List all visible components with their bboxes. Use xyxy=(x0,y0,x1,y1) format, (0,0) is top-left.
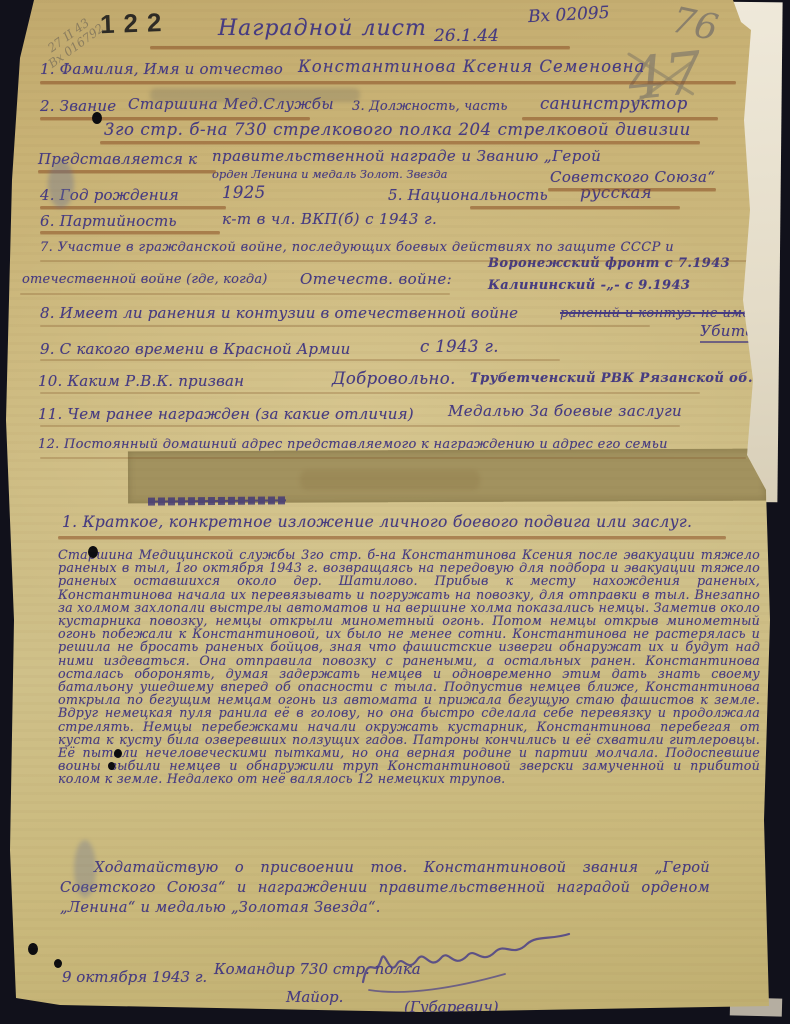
form-rule xyxy=(40,457,746,459)
ink-blot xyxy=(54,959,62,968)
document-title: Наградной лист xyxy=(218,16,427,41)
hole-punch xyxy=(88,546,98,558)
signature-scribble xyxy=(355,930,575,1005)
field11-value: Медалью За боевые заслуги xyxy=(448,402,682,420)
field4-value: 1925 xyxy=(222,183,266,202)
field6-value: к-т в чл. ВКП(б) с 1943 г. xyxy=(222,210,437,228)
field9-label: 9. С какого времени в Красной Армии xyxy=(40,340,351,358)
field7-front2: Калининский -„- с 9.1943 xyxy=(488,278,690,293)
hole-punch xyxy=(28,943,38,955)
field2-label: 2. Звание xyxy=(40,97,116,115)
form-rule xyxy=(40,260,752,262)
field5-value: русская xyxy=(580,183,652,202)
hole-punch xyxy=(92,112,102,124)
section1-heading: 1. Краткое, конкретное изложение личного… xyxy=(62,513,692,531)
page-number-stamp: 122 xyxy=(99,7,170,40)
form-rule xyxy=(40,117,310,120)
form-rule xyxy=(40,392,700,394)
stain xyxy=(300,470,480,490)
form-rule xyxy=(40,231,220,234)
field9-value: с 1943 г. xyxy=(420,337,499,356)
field7-label-line1: 7. Участие в гражданской войне, последую… xyxy=(40,240,674,255)
field7-label-line2: отечественной войне (где, когда) xyxy=(22,272,268,287)
field7-front1: Воронежский фронт с 7.1943 xyxy=(488,256,730,271)
title-date: 26.1.44 xyxy=(434,26,499,46)
field7-value: Отечеств. войне: xyxy=(300,270,452,288)
form-rule xyxy=(522,117,718,120)
present-value: правительственной награде и Званию „Геро… xyxy=(212,147,601,165)
form-rule xyxy=(20,293,450,295)
field5-label: 5. Национальность xyxy=(388,186,548,204)
field3-value: санинструктор xyxy=(540,94,688,113)
ink-blot xyxy=(108,762,115,770)
field1-value: Константинова Ксения Семеновна xyxy=(298,57,645,76)
field11-label: 11. Чем ранее награжден (за какие отличи… xyxy=(38,405,414,423)
field10-label: 10. Каким Р.В.К. призван xyxy=(38,372,244,390)
form-rule xyxy=(100,141,700,144)
unit-line: 3го стр. б-на 730 стрелкового полка 204 … xyxy=(104,120,691,139)
footer-date: 9 октября 1943 г. xyxy=(62,968,207,986)
form-rule xyxy=(40,325,650,327)
form-rule xyxy=(150,46,570,49)
incoming-number: Вх 02095 xyxy=(528,3,611,27)
field3-label: 3. Должность, часть xyxy=(352,99,508,114)
form-rule xyxy=(58,536,726,539)
present-interline: орден Ленина и медаль Золот. Звезда xyxy=(212,167,448,181)
petition-text: Ходатайствую о присвоении тов. Константи… xyxy=(60,858,710,918)
commander-rank: Майор. xyxy=(286,988,343,1006)
form-rule xyxy=(40,206,226,209)
form-rule xyxy=(40,425,680,427)
form-rule xyxy=(40,359,560,361)
award-sheet-paper: 122 27 II 43 Вх 016792 Вх 02095 Наградно… xyxy=(0,0,790,1024)
field6-label: 6. Партийность xyxy=(40,212,177,230)
field8-label: 8. Имеет ли ранения и контузии в отечест… xyxy=(40,304,518,322)
field8-value-struck: ранений и контуз. не имеет xyxy=(560,306,771,321)
form-rule xyxy=(470,206,680,209)
field10-value: Добровольно. xyxy=(332,369,456,388)
field1-label: 1. Фамилия, Имя и отчество xyxy=(40,60,283,78)
obscured-text-fragment xyxy=(148,496,286,505)
ink-smudge xyxy=(48,160,74,208)
scanned-award-document: { "colors":{ "background":"#11111b","pap… xyxy=(0,0,790,1024)
signature-name: (Губаревич) xyxy=(404,998,499,1016)
ink-blot xyxy=(114,749,122,758)
ink-smudge xyxy=(74,840,96,898)
field10-value2: Трубетченский РВК Рязанской об. xyxy=(470,371,753,386)
form-rule xyxy=(548,188,716,191)
gray-smudge xyxy=(150,88,360,102)
citation-text: Старшина Медицинской службы 3го стр. б-н… xyxy=(58,548,760,786)
form-rule xyxy=(40,81,736,84)
